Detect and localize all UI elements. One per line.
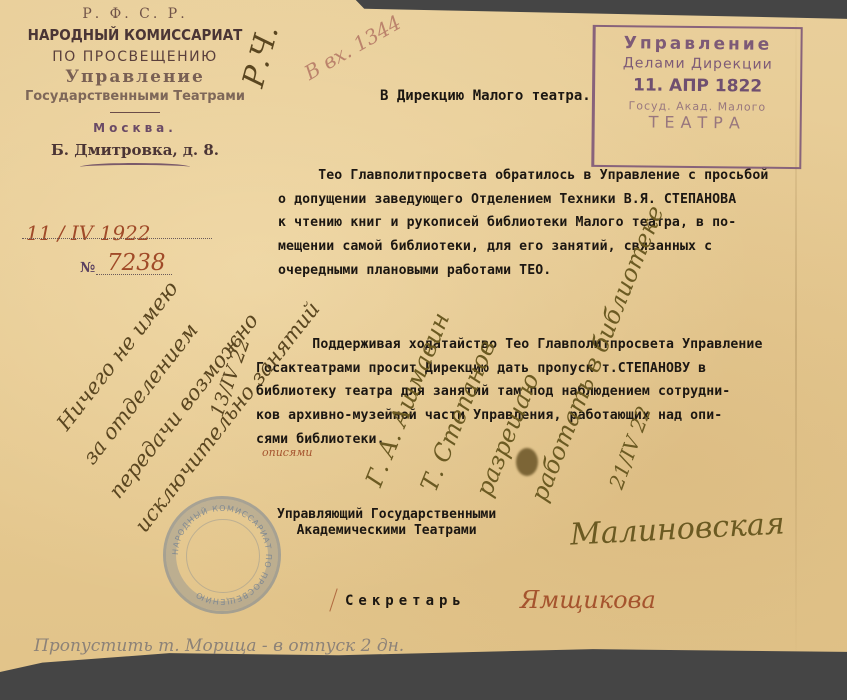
registration-date-line — [22, 238, 212, 239]
addressee: В Дирекцию Малого театра. — [380, 88, 591, 104]
signatory-title: Управляющий Государственными Академическ… — [277, 507, 496, 539]
stamp-date: 11. АПР 1822 — [595, 75, 800, 97]
signatory-signature: Малиновская — [569, 506, 785, 552]
registration-number: 7238 — [107, 250, 166, 276]
paragraph-2-line: Поддерживая ходатайство Тео Главполитпро… — [256, 333, 796, 357]
registration-date-text: 11 / IV 1922 — [26, 221, 151, 245]
registration-number-label: № — [80, 260, 95, 276]
seal-text: НАРОДНЫЙ КОМИССАРИАТ ПО ПРОСВЕЩЕНИЮ — [166, 499, 278, 611]
letterhead-city: Москва. — [0, 121, 270, 135]
paragraph-1-line: Тео Главполитпросвета обратилось в Управ… — [278, 164, 818, 188]
letterhead-department: ПО ПРОСВЕЩЕНИЮ — [0, 49, 270, 65]
received-stamp: Управление Делами Дирекции 11. АПР 1822 … — [591, 25, 802, 169]
letterhead-commissariat: НАРОДНЫЙ КОМИССАРИАТ — [0, 26, 270, 44]
secretary-signature: Ямщикова — [520, 586, 656, 614]
letterhead-republic: Р. Ф. С. Р. — [0, 6, 270, 22]
inserted-word: описями — [262, 446, 312, 459]
svg-text:НАРОДНЫЙ КОМИССАРИАТ ПО ПРОСВЕ: НАРОДНЫЙ КОМИССАРИАТ ПО ПРОСВЕЩЕНИЮ — [171, 504, 273, 606]
document-sheet: Р. Ф. С. Р. НАРОДНЫЙ КОМИССАРИАТ ПО ПРОС… — [0, 0, 847, 672]
stamp-line-1: Управление — [595, 33, 800, 55]
round-seal: НАРОДНЫЙ КОМИССАРИАТ ПО ПРОСВЕЩЕНИЮ — [163, 496, 281, 614]
ink-blot — [516, 448, 538, 476]
letterhead-divider — [110, 112, 160, 113]
paragraph-1-line: к чтению книг и рукописей библиотеки Мал… — [278, 211, 818, 235]
paragraph-1-line: очередными плановыми работами ТЕО. — [278, 259, 818, 283]
ornament-icon — [80, 163, 190, 171]
slash-mark — [329, 588, 337, 611]
pencil-note: Пропустить т. Морица - в отпуск 2 дн. — [34, 636, 404, 656]
letterhead-address: Б. Дмитровка, д. 8. — [0, 141, 270, 159]
letterhead-administration: Управление — [0, 67, 270, 87]
incoming-number-annotation: В вх. 1344 — [300, 10, 405, 85]
registration-number-line — [96, 274, 172, 275]
letterhead: Р. Ф. С. Р. НАРОДНЫЙ КОМИССАРИАТ ПО ПРОС… — [0, 6, 270, 171]
paragraph-1-line: о допущении заведующего Отделением Техни… — [278, 188, 818, 212]
secretary-label: Секретарь — [345, 593, 466, 609]
stamp-line-2: Делами Дирекции — [595, 55, 800, 73]
registration-date: 11 / IV 1922 — [26, 221, 151, 245]
stamp-line-5: ТЕАТРА — [595, 112, 800, 133]
paragraph-1: Тео Главполитпросвета обратилось в Управ… — [278, 164, 818, 283]
letterhead-theatres: Государственными Театрами — [0, 89, 270, 104]
paragraph-1-line: мещении самой библиотеки, для его заняти… — [278, 235, 818, 259]
